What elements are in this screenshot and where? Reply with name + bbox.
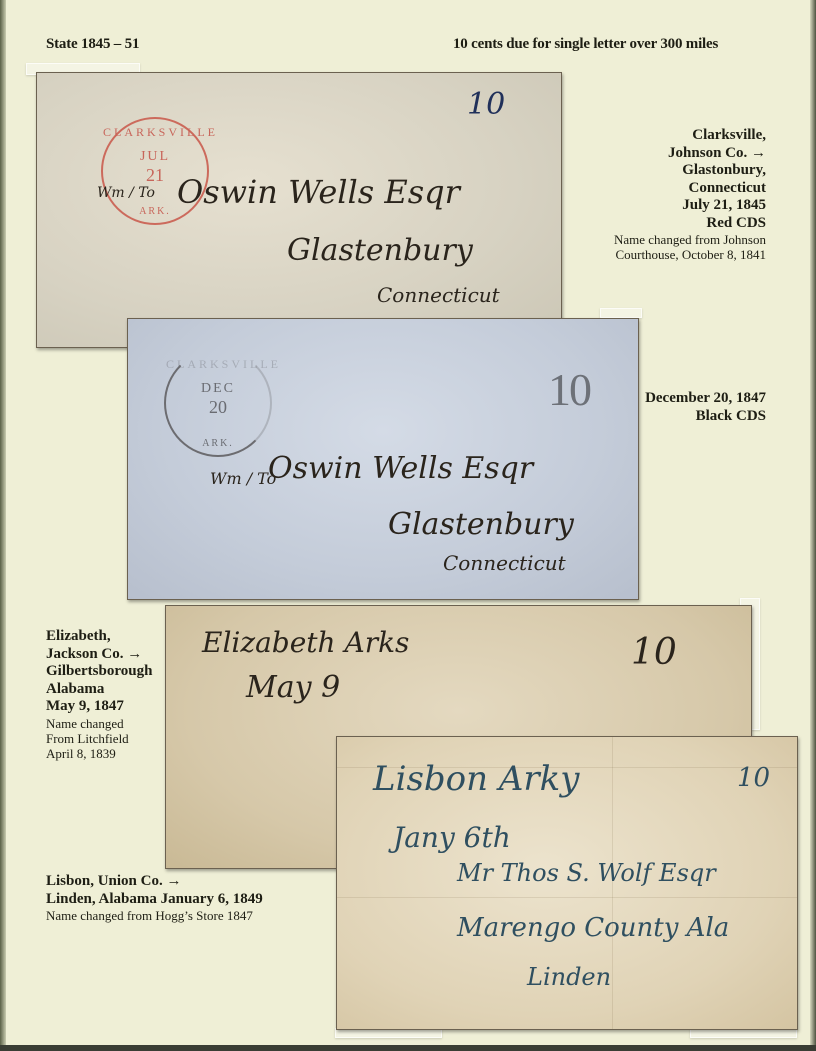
caption-note: April 8, 1839 <box>46 746 166 761</box>
caption-line: Linden, Alabama January 6, 1849 <box>46 891 346 909</box>
address-line: Glastenbury <box>388 507 574 542</box>
manuscript-date: Jany 6th <box>393 821 511 854</box>
caption-clarksville: Clarksville, Johnson Co. → Glastonbury, … <box>546 127 766 262</box>
manuscript-rate: 10 <box>467 87 505 122</box>
caption-line: Jackson Co. → <box>46 646 166 664</box>
black-cds-postmark: CLARKSVILLE DEC 20 ARK. <box>164 349 272 457</box>
manuscript-date: May 9 <box>246 670 340 705</box>
caption-line: Lisbon, Union Co. → <box>46 873 346 891</box>
caption-line: December 20, 1847 <box>566 390 766 408</box>
cds-town: CLARKSVILLE <box>103 125 207 140</box>
cds-town: CLARKSVILLE <box>166 357 270 372</box>
caption-lisbon: Lisbon, Union Co. → Linden, Alabama Janu… <box>46 873 346 923</box>
cover-december: CLARKSVILLE DEC 20 ARK. 10 Wm / To Oswin… <box>127 318 639 600</box>
caption-line: July 21, 1845 <box>546 197 766 215</box>
cds-state: ARK. <box>166 438 270 449</box>
page-edge-left <box>0 0 6 1051</box>
address-line: Oswin Wells Esqr <box>268 451 533 486</box>
caption-december: December 20, 1847 Black CDS <box>566 390 766 425</box>
address-line: Mr Thos S. Wolf Esqr <box>457 859 716 887</box>
address-line: Marengo County Ala <box>457 913 729 943</box>
docket: Wm / To <box>210 469 276 488</box>
caption-note: Courthouse, October 8, 1841 <box>546 247 766 262</box>
caption-line: Johnson Co. → <box>546 145 766 163</box>
caption-elizabeth: Elizabeth, Jackson Co. → Gilbertsborough… <box>46 628 166 761</box>
caption-line: Alabama <box>46 681 166 699</box>
caption-note: Name changed from Hogg’s Store 1847 <box>46 908 346 923</box>
address-line: Glastenbury <box>287 233 473 268</box>
cds-month: JUL <box>103 149 207 165</box>
manuscript-rate: 10 <box>631 632 677 673</box>
caption-line: Connecticut <box>546 180 766 198</box>
page-title: State 1845 – 51 <box>46 36 139 53</box>
address-line: Connecticut <box>377 283 500 307</box>
page-edge-right <box>810 0 816 1051</box>
caption-line: Glastonbury, <box>546 162 766 180</box>
address-line: Oswin Wells Esqr <box>177 173 460 211</box>
docket: Wm / To <box>97 185 155 201</box>
manuscript-postmark: Lisbon Arky <box>373 759 579 799</box>
address-line: Connecticut <box>443 551 566 575</box>
cover-clarksville: CLARKSVILLE JUL 21 ARK. 10 Wm / To Oswin… <box>36 72 562 348</box>
bottom-strip <box>0 1045 816 1051</box>
manuscript-postmark: Elizabeth Arks <box>202 626 409 659</box>
caption-line: May 9, 1847 <box>46 698 166 716</box>
caption-line: Elizabeth, <box>46 628 166 646</box>
caption-note: Name changed from Johnson <box>546 232 766 247</box>
address-line: Linden <box>527 963 611 991</box>
caption-line: Black CDS <box>566 408 766 426</box>
caption-line: Clarksville, <box>546 127 766 145</box>
manuscript-rate: 10 <box>737 763 770 793</box>
caption-note: Name changed <box>46 716 166 731</box>
cds-day: 20 <box>166 397 270 418</box>
mount-strip <box>600 308 642 318</box>
caption-note: From Litchfield <box>46 731 166 746</box>
rate-heading: 10 cents due for single letter over 300 … <box>453 36 718 53</box>
caption-line: Gilbertsborough <box>46 663 166 681</box>
fold-line <box>337 897 797 898</box>
caption-line: Red CDS <box>546 215 766 233</box>
cds-month: DEC <box>166 381 270 397</box>
cover-lisbon: Lisbon Arky 10 Jany 6th Mr Thos S. Wolf … <box>336 736 798 1030</box>
